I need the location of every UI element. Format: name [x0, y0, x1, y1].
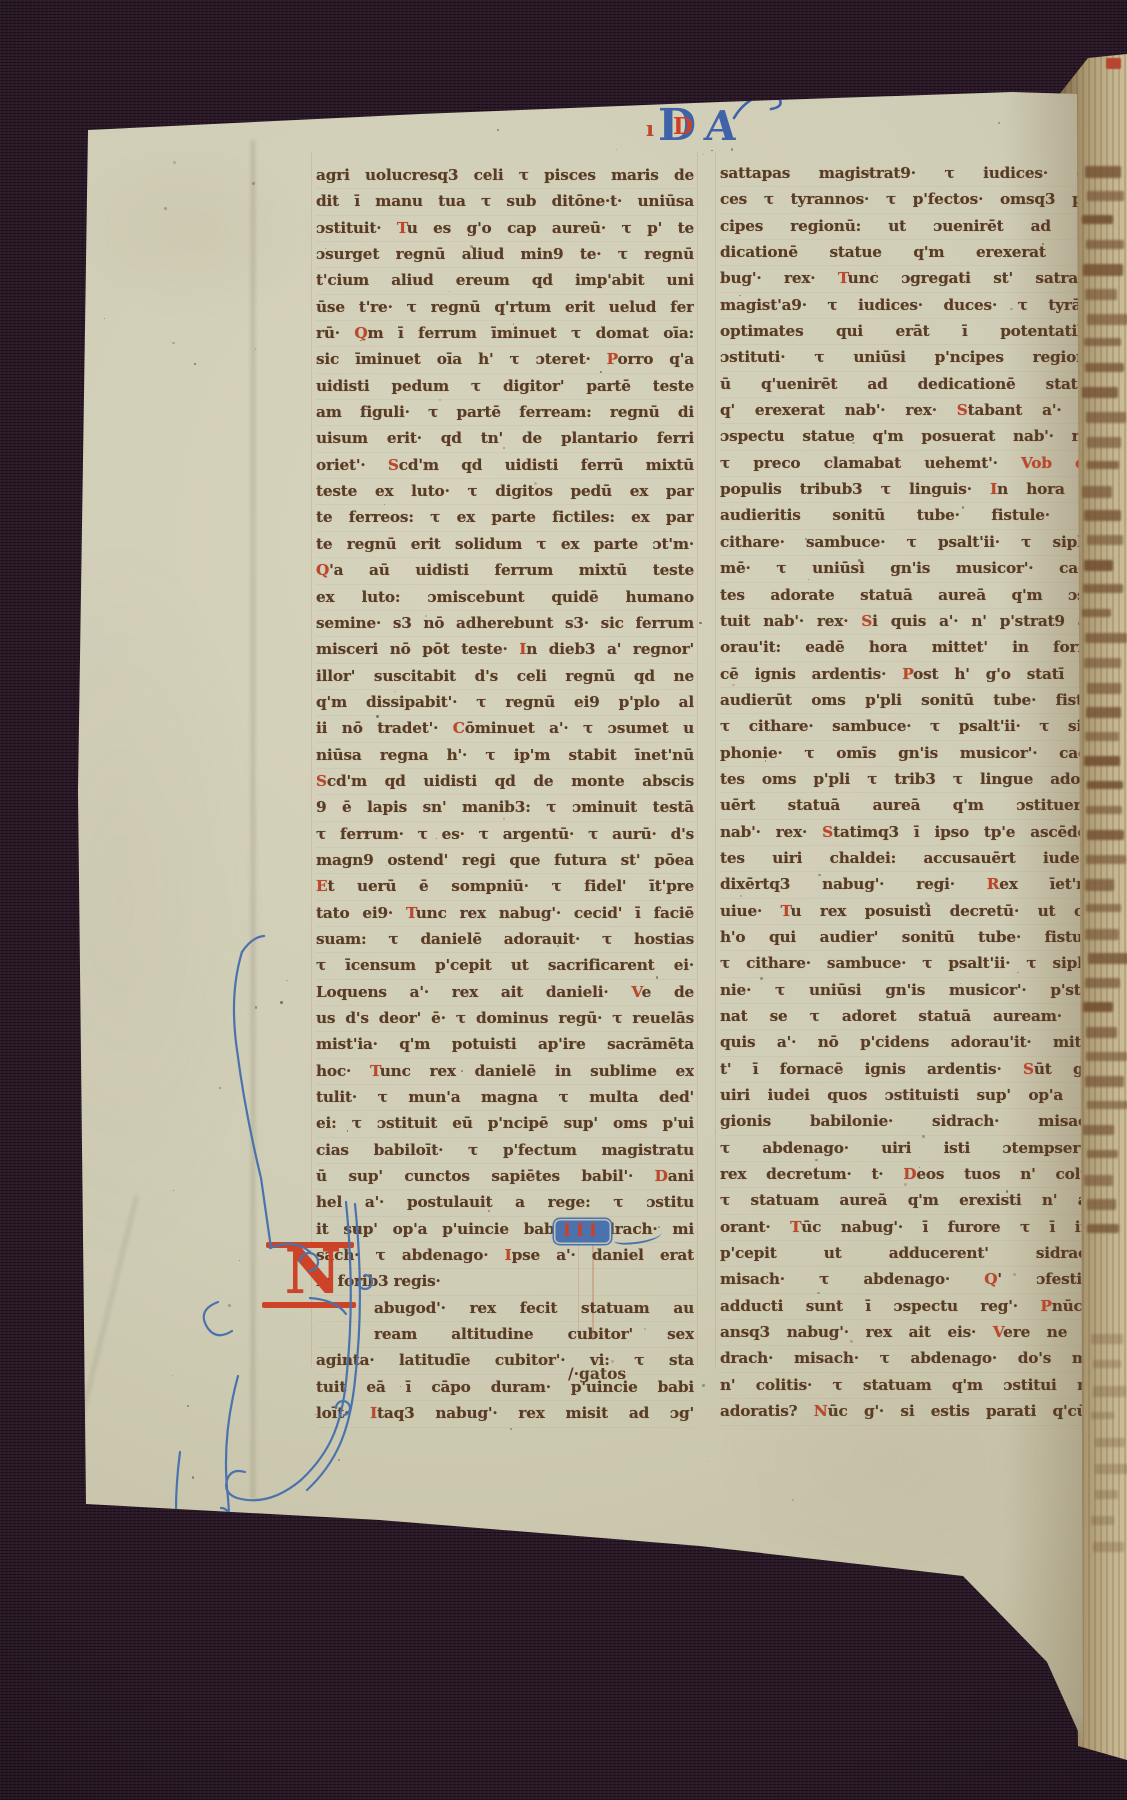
speckle [286, 980, 288, 982]
text-line: ansq3 nabug'· rex ait eis· Vere ne si [720, 1320, 1098, 1346]
text-line: illor' suscitabit d's celi regnū qd ne [316, 664, 694, 690]
speckle [1013, 1273, 1016, 1276]
fore-edge-text-row [1082, 215, 1113, 224]
speckle [347, 1130, 349, 1132]
speckle [362, 407, 364, 409]
text-column-left: agri uolucresq3 celi τ pisces maris dedi… [316, 163, 694, 1428]
body-text: niūsa regna h'· τ ip'm stabit īnet'nū [316, 746, 694, 764]
speckle [656, 976, 658, 978]
body-text: mē· τ uniūsi gn'is musicor'· cadē [720, 559, 1098, 577]
speckle [315, 1414, 316, 1415]
speckle [557, 945, 559, 947]
body-text: q' erexerat nab'· rex· [720, 401, 957, 419]
fore-edge-text-row [1087, 1199, 1116, 1210]
fore-edge-text-row [1083, 1002, 1112, 1011]
fore-edge-text-row [1086, 412, 1126, 423]
chapter-numeral: III [554, 1219, 662, 1244]
body-text: populis tribub3 τ linguis· [720, 480, 990, 498]
text-line: τ statuam aureā q'm erexisti n' ad [720, 1188, 1098, 1214]
ruling-line [311, 152, 312, 1367]
speckle [483, 830, 486, 833]
text-line: ei: τ ɔstituit eū p'ncipē sup' oms p'ui [316, 1111, 694, 1137]
text-line: t' ī fornacē ignis ardentis· Sūt g'o [720, 1057, 1098, 1083]
text-line: abugod'· rex fecit statuam au [316, 1296, 694, 1322]
body-text: quis a'· nō p'cidens adorau'it· mitta [720, 1033, 1098, 1051]
rubricated-text: T [838, 269, 848, 287]
body-text: 9 ē lapis sn' manib3: τ ɔminuit testā [316, 798, 694, 816]
text-line: uisum erit· qd tn' de plantario ferri [316, 426, 694, 452]
body-text: τ abdenago· uiri isti ɔtempserūt [720, 1139, 1098, 1157]
body-text: uisum erit· qd tn' de plantario ferri [316, 429, 694, 447]
text-line: hel a'· postulauit a rege: τ ɔstitu [316, 1190, 694, 1216]
chapter-initial: N [262, 1245, 364, 1303]
speckle [740, 895, 742, 897]
rubricated-text: Q [984, 1270, 997, 1288]
body-text: unc rex nabug'· cecid' ī faciē [416, 904, 694, 922]
speckle [1017, 972, 1019, 974]
fore-edge-text-row [1087, 191, 1125, 201]
body-text: cithare· sambuce· τ psalt'ii· τ siphō [720, 533, 1098, 551]
fore-edge-text-row [1086, 707, 1121, 718]
text-line: misach· τ abdenago· Q' ɔfestim [720, 1267, 1098, 1293]
body-text: magn9 ostend' regi que futura st' pōea [316, 851, 694, 869]
fore-edge-text-row [1087, 683, 1121, 694]
body-text: tatimq3 ī ipso tp'e ascēdēn [833, 823, 1098, 841]
text-line: nie· τ uniūsi gn'is musicor'· p'ster [720, 978, 1098, 1004]
parchment-crease [252, 140, 254, 1500]
body-text: illor' suscitabit d's celi regnū qd ne [316, 667, 694, 685]
body-text: suam: τ danielē adorauit· τ hostias [316, 930, 694, 948]
text-line: tulit· τ mun'a magna τ multa ded' [316, 1085, 694, 1111]
speckle [658, 1226, 660, 1228]
fore-edge-text-row [1086, 855, 1126, 864]
fore-edge-text-row [1086, 904, 1121, 912]
rubricated-text: T [406, 904, 416, 922]
rubricated-text: P [607, 350, 618, 368]
body-text: ū sup' cunctos sapiētes babil'· [316, 1167, 655, 1185]
body-text: ɔstituit· [316, 219, 397, 237]
rubricated-text: R [987, 875, 1000, 893]
speckle [172, 342, 174, 344]
text-line: in forib3 regis· [316, 1269, 694, 1295]
text-line: nab'· rex· Statimq3 ī ipso tp'e ascēdēn [720, 820, 1098, 846]
fore-edge-text-row [1084, 338, 1121, 346]
fore-edge-text-row [1084, 756, 1120, 765]
body-text: nie· τ uniūsi gn'is musicor'· p'ster [720, 981, 1098, 999]
fore-edge-text-row [1087, 437, 1121, 449]
body-text: adoratis? [720, 1402, 814, 1420]
speckle [816, 1167, 818, 1169]
text-line: uidisti pedum τ digitor' partē teste [316, 374, 694, 400]
fore-edge-text-row [1082, 486, 1112, 498]
body-text: h'o qui audier' sonitū tube· fistule [720, 928, 1098, 946]
speckle [715, 1132, 716, 1133]
running-title: ı D D A [646, 106, 737, 148]
fore-edge-text-row [1093, 1386, 1126, 1397]
rubricated-text: C [453, 719, 465, 737]
rubricated-text: T [397, 219, 407, 237]
text-line: tes adorate statuā aureā q'm ɔsti [720, 583, 1098, 609]
body-text: teste ex luto· τ digitos pedū ex par [316, 482, 694, 500]
text-line: ɔstituti· τ uniūsi p'ncipes regionū [720, 345, 1098, 371]
fore-edge-text-row [1083, 584, 1122, 593]
text-line: τ ferrum· τ es· τ argentū· τ aurū· d's [316, 822, 694, 848]
body-text: tuit nab'· rex· [720, 612, 861, 630]
fore-edge-text-row [1087, 830, 1124, 840]
text-line: sattapas magistrat9· τ iudices· du [720, 161, 1098, 187]
speckle [808, 579, 809, 580]
text-line: quis a'· nō p'cidens adorau'it· mitta [720, 1030, 1098, 1056]
speckle [104, 318, 105, 319]
text-line: dixērtq3 nabug'· regi· Rex īet'nū [720, 872, 1098, 898]
body-text: cias babiloīt· τ p'fectum magistratu [316, 1141, 694, 1159]
body-text: tes uiri chaldei: accusauērt iudeos [720, 849, 1098, 867]
body-text: eos tuos n' colūt [916, 1165, 1098, 1183]
text-line: τ cithare· sambuce· τ psalt'ii· τ siphō [720, 951, 1098, 977]
fore-edge-text-row [1087, 461, 1119, 469]
fore-edge-text-row [1086, 1052, 1126, 1061]
text-line: ii nō tradet'· Cōminuet a'· τ ɔsumet u [316, 716, 694, 742]
ruling-line [715, 152, 716, 1367]
body-text: aginta· latitudīe cubitor'· vi: τ sta [316, 1351, 694, 1369]
body-text: cipes regionū: ut ɔuenirēt ad de [720, 217, 1098, 235]
text-line: hoc· Tunc rex danielē in sublime ex [316, 1059, 694, 1085]
fore-edge-text-row [1084, 1175, 1113, 1186]
fore-edge-text-row [1087, 535, 1124, 545]
rubricated-text: P [1040, 1297, 1051, 1315]
body-text: τ statuam aureā q'm erexisti n' ad [720, 1191, 1098, 1209]
text-line: n' colitis· τ statuam q'm ɔstitui nō [720, 1373, 1098, 1399]
speckle [503, 818, 505, 820]
body-text: loīt· [316, 1404, 370, 1422]
text-line: uērt statuā aureā q'm ɔstituerat [720, 793, 1098, 819]
speckle [703, 154, 704, 155]
body-text: abugod'· rex fecit statuam au [374, 1299, 694, 1317]
speckle [792, 1499, 794, 1501]
speckle [852, 442, 854, 444]
text-line: adoratis? Nūc g'· si estis parati q'cū3 [720, 1399, 1098, 1425]
body-text: uērt statuā aureā q'm ɔstituerat [720, 796, 1098, 814]
fore-edge-text-row [1085, 166, 1120, 178]
speckle [172, 1375, 173, 1376]
text-line: misceri nō pōt teste· In dieb3 a' regnor… [316, 637, 694, 663]
rubricated-text: I [505, 1246, 512, 1264]
body-text: ii nō tradet'· [316, 719, 453, 737]
body-text: agri uolucresq3 celi τ pisces maris de [316, 166, 694, 184]
speckle [228, 1304, 231, 1307]
text-line: suam: τ danielē adorauit· τ hostias [316, 927, 694, 953]
speckle [255, 1006, 257, 1008]
text-line: magist'a9· τ iudices· duces· τ tyrāni [720, 293, 1098, 319]
text-line: ream altitudine cubitor' sex [316, 1322, 694, 1348]
rubricated-text: Q [316, 561, 329, 579]
rubricated-text: S [957, 401, 968, 419]
fore-edge-text-row [1087, 1150, 1119, 1158]
text-line: 9 ē lapis sn' manib3: τ ɔminuit testā [316, 795, 694, 821]
manuscript-photograph: ı D D A agri uolucresq3 celi τ pisces ma… [0, 0, 1127, 1800]
speckle [384, 504, 385, 505]
body-text: i quis a'· n' p'strat9 ad [872, 612, 1098, 630]
body-text: τ īcensum p'cepit ut sacrificarent ei· [316, 956, 694, 974]
speckle [711, 150, 713, 152]
body-text: te regnū erit solidum τ ex parte ɔt'm· [316, 535, 694, 553]
speckle [765, 760, 766, 761]
text-line: te ferreos: τ ex parte fictiles: ex par [316, 505, 694, 531]
text-line: dicationē statue q'm erexerat na [720, 240, 1098, 266]
fore-edge-text-row [1082, 387, 1118, 397]
speckle [419, 458, 421, 460]
speckle [919, 1167, 920, 1168]
text-line: ū sup' cunctos sapiētes babil'· Dani [316, 1164, 694, 1190]
text-line: magn9 ostend' regi que futura st' pōea [316, 848, 694, 874]
running-title-letter-a: A [703, 106, 739, 146]
speckle [616, 149, 617, 150]
body-text: phonie· τ omīs gn'is musicor'· cadē [720, 744, 1098, 762]
body-text: uidisti pedum τ digitor' partē teste [316, 377, 694, 395]
speckle [164, 207, 167, 210]
text-line: τ preco clamabat uehemt'· Vob dr' [720, 451, 1098, 477]
speckle [925, 902, 928, 905]
text-line: semine· s3 nō adherebunt s3· sic ferrum [316, 611, 694, 637]
text-line: ɔstituit· Tu es g'o cap aureū· τ p' te [316, 216, 694, 242]
fore-edge-text-row [1085, 289, 1117, 300]
body-text: am figuli· τ partē ferream: regnū di [316, 403, 694, 421]
text-line: gionis babilonie· sidrach· misach [720, 1109, 1098, 1135]
text-line: ū q'uenirēt ad dedicationē statue [720, 372, 1098, 398]
text-line: cē ignis ardentis· Post h' g'o statī ut [720, 662, 1098, 688]
text-line: te regnū erit solidum τ ex parte ɔt'm· [316, 532, 694, 558]
body-text: hel a'· postulauit a rege: τ ɔstitu [316, 1193, 694, 1211]
rubricated-text: T [781, 902, 791, 920]
body-text: ū q'uenirēt ad dedicationē statue [720, 375, 1098, 393]
text-line: ɔsurget regnū aliud min9 te· τ regnū [316, 242, 694, 268]
rubricated-text: E [316, 877, 327, 895]
body-text: uiri iudei quos ɔstituisti sup' op'a re [720, 1086, 1098, 1104]
rubricated-text: S [316, 772, 327, 790]
column-catchword: /·gatos [568, 1364, 626, 1383]
text-line: Q'a aū uidisti ferrum mixtū teste [316, 558, 694, 584]
speckle [1042, 243, 1044, 245]
speckle [173, 1190, 175, 1192]
text-line: mē· τ uniūsi gn'is musicor'· cadē [720, 556, 1098, 582]
fore-edge-text-row [1085, 978, 1119, 988]
text-line: dit ī manu tua τ sub ditōne·t· uniūsa [316, 189, 694, 215]
speckle [805, 538, 807, 540]
speckle [513, 323, 515, 325]
body-text: dit ī manu tua τ sub ditōne·t· uniūsa [316, 192, 694, 210]
fore-edge-text-row [1085, 879, 1114, 891]
speckle [702, 1384, 705, 1387]
body-text: ex luto: ɔmiscebunt quidē humano [316, 588, 694, 606]
rubricated-text: S [1023, 1060, 1034, 1078]
body-text: misach· τ abdenago· [720, 1270, 984, 1288]
text-line: it sup' op'a p'uincie babil'· sidrach· m… [316, 1217, 694, 1243]
speckle [600, 371, 602, 373]
text-line: us d's deor' ē· τ dominus regū· τ reuelā… [316, 1006, 694, 1032]
text-line: rex decretum· t· Deos tuos n' colūt [720, 1162, 1098, 1188]
body-text: audierūt oms p'pli sonitū tube· fistle [720, 691, 1098, 709]
text-line: Et uerū ē sompniū· τ fidel' īt'pre [316, 874, 694, 900]
text-line: teste ex luto· τ digitos pedū ex par [316, 479, 694, 505]
text-line: Scd'm qd uidisti qd de monte abscis [316, 769, 694, 795]
body-text: te ferreos: τ ex parte fictiles: ex par [316, 508, 694, 526]
body-text: audieritis sonitū tube· fistule· et [720, 506, 1098, 524]
text-line: drach· misach· τ abdenago· do's m'ı [720, 1346, 1098, 1372]
body-text: tato ei9· [316, 904, 406, 922]
speckle [850, 1340, 853, 1343]
text-line: orant· Tūc nabug'· ī furore τ ī ira [720, 1215, 1098, 1241]
body-text: us d's deor' ē· τ dominus regū· τ reuelā… [316, 1009, 694, 1027]
text-line: q'm dissipabit'· τ regnū ei9 p'plo al [316, 690, 694, 716]
body-text: misceri nō pōt teste· [316, 640, 519, 658]
text-column-right: sattapas magistrat9· τ iudices· duces τ … [720, 161, 1098, 1426]
rubricated-text: I [519, 640, 526, 658]
rubricated-text: T [790, 1218, 801, 1236]
body-text: rū· [316, 324, 354, 342]
body-text: taq3 nabug'· rex misit ad ɔg' [377, 1404, 694, 1422]
body-text: cd'm qd uidisti qd de monte abscis [327, 772, 694, 790]
body-text: bug'· rex· [720, 269, 838, 287]
body-text: nat se τ adoret statuā auream· si [720, 1007, 1098, 1025]
speckle [338, 1459, 339, 1460]
text-line: populis tribub3 τ linguis· In hora q' [720, 477, 1098, 503]
speckle [960, 983, 961, 984]
text-line: phonie· τ omīs gn'is musicor'· cadē [720, 741, 1098, 767]
rubricated-text: V [993, 1323, 1003, 1341]
text-line: q' erexerat nab'· rex· Stabant a'· in [720, 398, 1098, 424]
speckle [732, 684, 735, 687]
text-line: sic īminuet oīa h' τ ɔteret· Porro q'a [316, 347, 694, 373]
body-text: τ preco clamabat uehemt'· [720, 454, 1021, 472]
body-text: τ cithare· sambuce· τ psalt'ii· τ sim [720, 717, 1098, 735]
body-text: sach· τ abdenago· [316, 1246, 505, 1264]
speckle [239, 1260, 240, 1261]
rubric-tick: ı [646, 116, 654, 141]
speckle [998, 122, 1000, 124]
body-text: n' colitis· τ statuam q'm ɔstitui nō [720, 1376, 1098, 1394]
body-text: ani [668, 1167, 694, 1185]
rubricated-text: S [822, 823, 833, 841]
body-text: nab'· rex· [720, 823, 822, 841]
text-line: h'o qui audier' sonitū tube· fistule [720, 925, 1098, 951]
rubricated-text: I [370, 1404, 377, 1422]
fore-edge-text-row [1084, 658, 1121, 668]
text-line: nat se τ adoret statuā auream· si [720, 1004, 1098, 1030]
speckle [394, 691, 396, 693]
body-text: Loquens a'· rex ait danieli· [316, 983, 631, 1001]
body-text: cē ignis ardentis· [720, 665, 902, 683]
text-line: τ cithare· sambuce· τ psalt'ii· τ sim [720, 714, 1098, 740]
fore-edge-text-row [1085, 1076, 1124, 1087]
speckle [173, 161, 176, 164]
ruling-line [697, 152, 698, 1367]
fore-edge-text-row [1095, 1438, 1125, 1447]
body-text: orant· [720, 1218, 790, 1236]
speckle [503, 447, 505, 449]
body-text: magist'a9· τ iudices· duces· τ tyrāni [720, 296, 1098, 314]
fore-edge-text-row [1086, 240, 1123, 249]
body-text: u es g'o cap aureū· τ p' te [407, 219, 694, 237]
body-text: ansq3 nabug'· rex ait eis· [720, 1323, 993, 1341]
text-line: Loquens a'· rex ait danieli· Ve de [316, 980, 694, 1006]
text-line: agri uolucresq3 celi τ pisces maris de [316, 163, 694, 189]
speckle [425, 615, 427, 617]
speckle [488, 1210, 489, 1211]
body-text: m ī ferrum īminuet τ domat oīa: [368, 324, 694, 342]
body-text: drach· misach· τ abdenago· do's m' [720, 1349, 1092, 1367]
fore-edge-text-row [1087, 781, 1123, 789]
fore-edge-text-row [1091, 1334, 1123, 1344]
body-text: u rex posuisti decretū· ut ois [790, 902, 1098, 920]
fore-edge-text-row [1083, 264, 1124, 275]
speckle [510, 1428, 512, 1430]
ruling-line-red [592, 1232, 594, 1340]
body-text: ōminuet a'· τ ɔsumet u [465, 719, 694, 737]
text-line: audieritis sonitū tube· fistule· et [720, 503, 1098, 529]
text-line: tuit eā ī cāpo duram· p'uincie babi [316, 1375, 694, 1401]
speckle [192, 1476, 195, 1479]
body-text: in forib3 regis· [316, 1272, 441, 1290]
fore-edge-text-row [1086, 806, 1122, 814]
body-text: t uerū ē sompniū· τ fidel' īt'pre [327, 877, 694, 895]
text-line: oriet'· Scd'm qd uidisti ferrū mixtū [316, 453, 694, 479]
speckle [1010, 308, 1013, 311]
text-line: uiue· Tu rex posuisti decretū· ut ois [720, 899, 1098, 925]
text-line: tes oms p'pli τ trib3 τ lingue adora [720, 767, 1098, 793]
speckle [699, 622, 702, 625]
fore-edge-text-row [1087, 314, 1127, 325]
fore-edge-text-row [1085, 929, 1119, 941]
speckle [611, 1360, 614, 1363]
text-line: sach· τ abdenago· Ipse a'· daniel erat [316, 1243, 694, 1269]
text-line: bug'· rex· Tunc ɔgregati st' satrape [720, 266, 1098, 292]
speckle [470, 245, 472, 247]
text-line: ces τ tyrannos· τ p'fectos· omsq3 pn' [720, 187, 1098, 213]
speckle [400, 1386, 402, 1388]
body-text: unc ɔgregati st' satrape [848, 269, 1098, 287]
text-line: ex luto: ɔmiscebunt quidē humano [316, 585, 694, 611]
body-text: tes oms p'pli τ trib3 τ lingue adora [720, 770, 1098, 788]
text-line: τ abdenago· uiri isti ɔtempserūt [720, 1136, 1098, 1162]
rubricated-text: S [388, 456, 399, 474]
speckle [534, 482, 537, 485]
body-text: ūse t're· τ regnū q'rtum erit uelud fer [316, 298, 694, 316]
speckle [922, 1135, 925, 1138]
ruling-line-red [578, 1232, 579, 1340]
body-text: ream altitudine cubitor' sex [374, 1325, 694, 1343]
rubricated-text: V [631, 983, 641, 1001]
speckle [875, 272, 876, 273]
fore-edge-text-row [1091, 1412, 1114, 1419]
speckle [731, 148, 733, 150]
rubricated-text: D [903, 1165, 916, 1183]
body-text: ɔspectu statue q'm posuerat nab'· rex [720, 427, 1098, 445]
body-text: dixērtq3 nabug'· regi· [720, 875, 987, 893]
body-text: ūc g'· si estis parati q'cū3 [828, 1402, 1098, 1420]
fore-edge-text-row [1084, 560, 1113, 572]
fore-edge-text-row [1093, 1542, 1124, 1552]
text-line: cipes regionū: ut ɔuenirēt ad de [720, 214, 1098, 240]
body-text: sattapas magistrat9· τ iudices· du [720, 164, 1098, 182]
body-text: e de [642, 983, 694, 1001]
body-text: cd'm qd uidisti ferrū mixtū [399, 456, 694, 474]
text-line: rū· Qm ī ferrum īminuet τ domat oīa: [316, 321, 694, 347]
body-text: dicationē statue q'm erexerat na [720, 243, 1098, 261]
speckle [461, 1070, 463, 1072]
text-line: audierūt oms p'pli sonitū tube· fistle [720, 688, 1098, 714]
body-text: τ ferrum· τ es· τ argentū· τ aurū· d's [316, 825, 694, 843]
body-text: τ cithare· sambuce· τ psalt'ii· τ siphō [720, 954, 1098, 972]
